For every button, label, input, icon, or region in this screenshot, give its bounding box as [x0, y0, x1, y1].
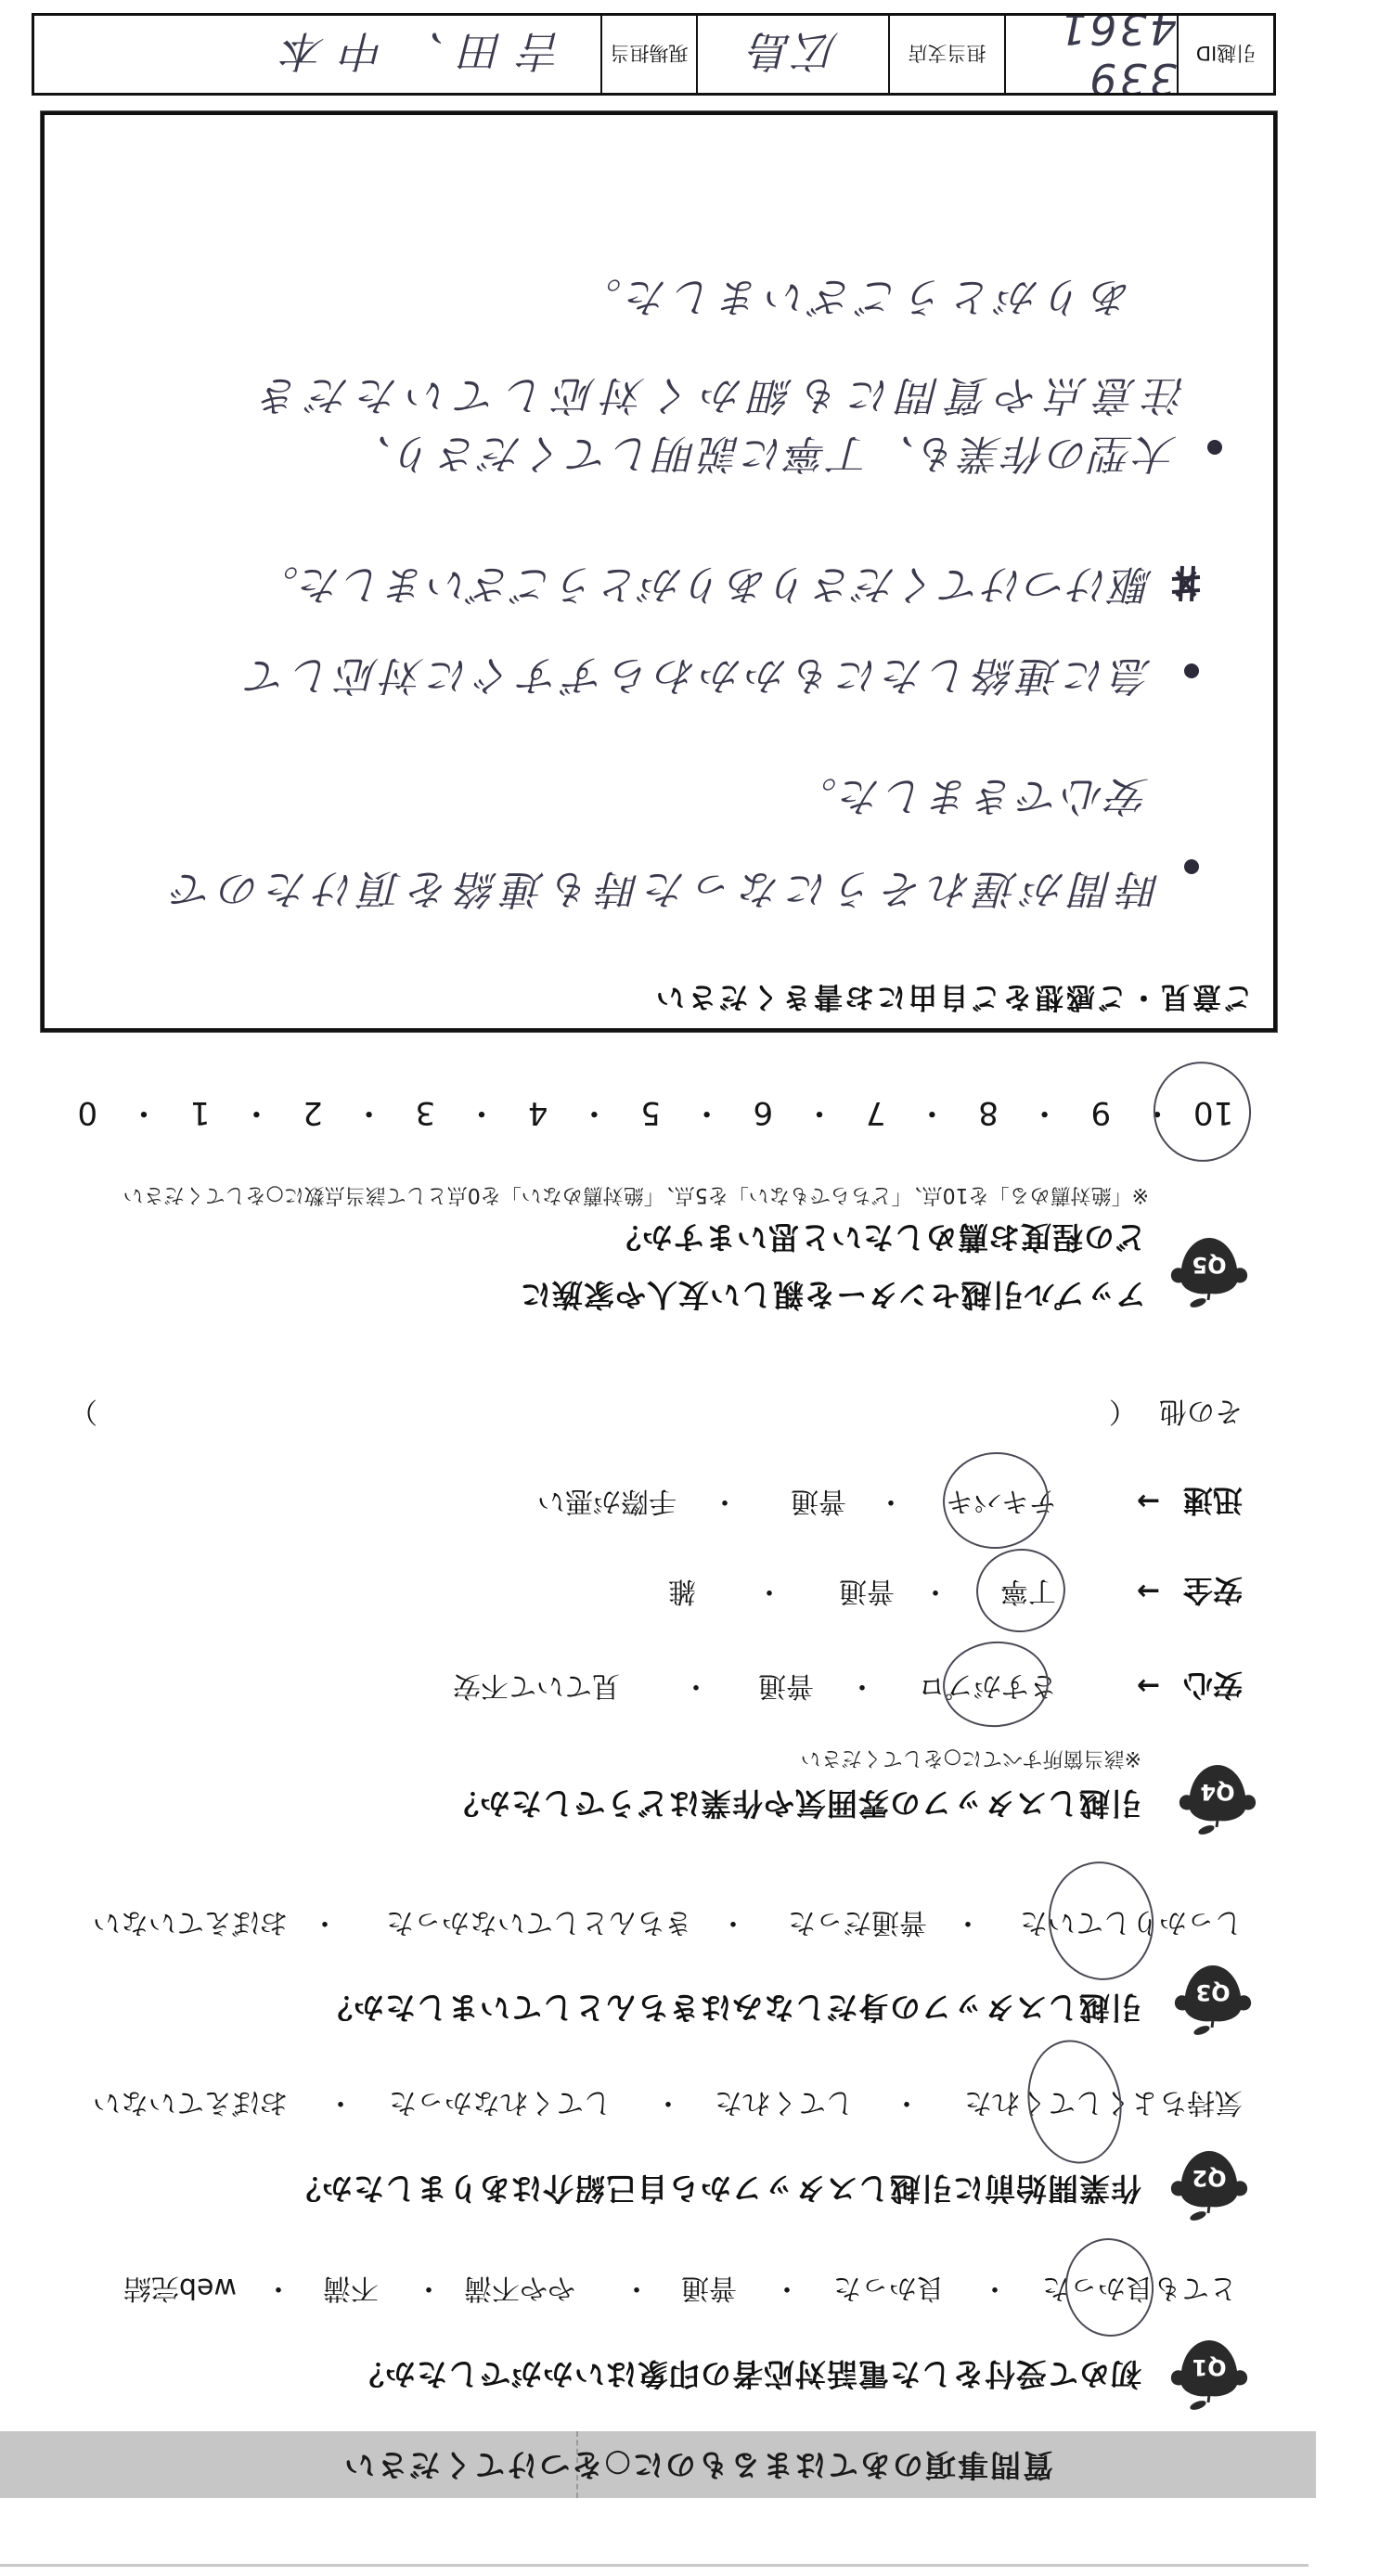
separator: ・	[773, 2271, 801, 2304]
move-id-label-cell: 引越ID	[1177, 16, 1273, 93]
q5-question-line2: どの程度お薦めしたいと思いますか？	[610, 1218, 1146, 1256]
svg-text:Q5: Q5	[1192, 1252, 1226, 1278]
rating-5: 5	[623, 1094, 679, 1131]
arrow-right-icon: →	[1137, 1574, 1160, 1607]
separator: ・	[311, 1905, 339, 1938]
q2-selection-circle	[1018, 2032, 1131, 2170]
rating-9: 9	[1073, 1094, 1129, 1131]
q1-option-good: 良かった	[833, 2271, 945, 2304]
bullet-icon	[1207, 440, 1222, 455]
q4-other-label: その他	[1159, 1394, 1243, 1427]
separator: ・	[904, 1094, 960, 1131]
separator: ・	[682, 1668, 710, 1702]
header-table: 引越ID 339 4361 担当支店 広島 現場担当 吉田、中本	[32, 13, 1276, 96]
branch-label-cell: 担当支店	[888, 16, 1004, 93]
q4-safety-option-rough: 雑	[668, 1574, 696, 1607]
q3-question: 引越しスタッフの身だしなみはきちんとしていましたか？	[321, 1989, 1141, 2026]
branch-cell: 広島	[696, 16, 888, 93]
q5-note: ※「絶対薦める」を10点、「どちらでもない」を5点、「絶対薦めない」を0点として…	[123, 1181, 1149, 1207]
separator: ・	[719, 1905, 747, 1938]
site-staff-label-cell: 現場担当	[600, 16, 696, 93]
q1-option-somewhat-dissatisfied: やや不満	[464, 2271, 575, 2304]
q5-selection-circle	[1144, 1052, 1260, 1170]
rating-1: 1	[172, 1094, 228, 1131]
handwritten-comment-line: 安心できました。	[793, 769, 1149, 821]
q1-selection-circle	[1061, 2234, 1159, 2340]
rating-8: 8	[960, 1094, 1017, 1131]
handwritten-comment-line: 注意点や質問にも細かく対応していただき	[251, 368, 1186, 420]
move-id-value: 339 4361	[1006, 16, 1177, 93]
rating-4: 4	[509, 1094, 566, 1131]
rating-6: 6	[735, 1094, 792, 1131]
crossed-out-mark-icon	[1169, 562, 1203, 605]
svg-text:Q3: Q3	[1195, 1979, 1230, 2005]
separator: ・	[116, 1094, 173, 1131]
q4-reassurance-option-worried: 見ていて不安	[453, 1668, 620, 1702]
apple-q2-icon: Q2	[1167, 2145, 1251, 2223]
q2-option-dont-remember: おぼえていない	[93, 2085, 288, 2119]
q4-row-label-speed: 迅速	[1183, 1484, 1243, 1517]
svg-text:Q1: Q1	[1192, 2354, 1226, 2380]
survey-sheet: 質問事項のあてはまるものに○をつけてください Q1 初めて受付をした電話対応者の…	[0, 0, 1392, 2576]
separator: ・	[848, 1668, 876, 1702]
handwritten-comment-line: 急に連絡したにもかかわらずすぐに対応して	[242, 649, 1152, 701]
rating-3: 3	[397, 1094, 454, 1131]
q5-rating-scale: 10 ・ 9 ・ 8 ・ 7 ・ 6 ・ 5 ・ 4 ・ 3 ・ 2 ・ 1 ・…	[59, 1094, 1242, 1131]
separator: ・	[954, 1905, 982, 1938]
separator: ・	[877, 1484, 905, 1517]
q4-speed-option-clumsy: 手際が悪い	[537, 1484, 677, 1517]
bullet-icon	[1184, 663, 1199, 678]
q4-row-label-reassurance: 安心	[1183, 1668, 1243, 1702]
q4-speed-option-normal: 普通	[791, 1484, 846, 1517]
separator: ・	[981, 2271, 1009, 2304]
apple-q3-icon: Q3	[1171, 1960, 1255, 2038]
q3-option-not-neat: きちんとしていなかった	[386, 1905, 692, 1938]
separator: ・	[711, 1484, 739, 1517]
handwritten-comment-line: ありがとうございました。	[575, 270, 1132, 322]
separator: ・	[922, 1574, 949, 1607]
separator: ・	[893, 2085, 921, 2119]
separator: ・	[623, 2271, 651, 2304]
rating-7: 7	[847, 1094, 904, 1131]
separator: ・	[341, 1094, 397, 1131]
apple-q4-icon: Q4	[1176, 1759, 1259, 1837]
separator: ・	[755, 1574, 783, 1607]
q4-other-open-paren: （	[1109, 1394, 1137, 1427]
branch-label: 担当支店	[909, 41, 986, 69]
separator: ・	[792, 1094, 848, 1131]
svg-text:Q4: Q4	[1200, 1779, 1234, 1805]
q4-speed-selection-circle	[938, 1447, 1053, 1553]
separator: ・	[327, 2085, 354, 2119]
q4-safety-selection-circle	[971, 1543, 1071, 1638]
site-staff-value: 吉田、中本	[266, 24, 563, 85]
q4-safety-option-normal: 普通	[839, 1574, 895, 1607]
separator: ・	[678, 1094, 735, 1131]
site-staff-label: 現場担当	[611, 41, 689, 69]
q5-question-line1: アップル引越センターを親しい友人や家族に	[520, 1276, 1146, 1313]
rating-2: 2	[285, 1094, 342, 1131]
q1-option-dissatisfied: 不満	[323, 2271, 379, 2304]
separator: ・	[415, 2271, 443, 2304]
site-staff-cell: 吉田、中本	[34, 16, 600, 93]
branch-value: 広島	[748, 24, 839, 85]
handwritten-comment-line: 時間が遅れそうになった時も連絡を頂けたので	[166, 862, 1160, 914]
q1-question: 初めて受付をした電話対応者の印象はいかがでしたか？	[353, 2355, 1141, 2392]
separator: ・	[654, 2085, 682, 2119]
arrow-right-icon: →	[1137, 1668, 1160, 1702]
q4-reassurance-selection-circle	[939, 1637, 1052, 1732]
handwritten-comment-line: 駆けつけてくださりありがとうございました。	[256, 558, 1153, 610]
q4-note: ※該当箇所すべてに○をしてください	[801, 1745, 1141, 1771]
q1-option-web: web完結	[123, 2271, 237, 2304]
rating-0: 0	[59, 1094, 116, 1131]
apple-q1-icon: Q1	[1167, 2335, 1251, 2413]
q1-option-normal: 普通	[681, 2271, 737, 2304]
apple-q5-icon: Q5	[1167, 1232, 1251, 1310]
instruction-banner: 質問事項のあてはまるものに○をつけてください	[0, 2431, 1316, 2498]
comment-heading: ご意見・ご感想をご自由にお書きください	[653, 979, 1253, 1014]
q3-option-normal: 普通だった	[788, 1905, 927, 1938]
separator: ・	[566, 1094, 623, 1131]
move-id-cell: 339 4361	[1004, 16, 1177, 93]
paper-edge	[0, 2564, 1308, 2567]
separator: ・	[264, 2271, 292, 2304]
q3-option-dont-remember: おぼえていない	[93, 1905, 288, 1938]
q4-other-close-paren: ）	[70, 1394, 97, 1427]
separator: ・	[228, 1094, 285, 1131]
q2-option-no: してくれなかった	[389, 2085, 612, 2119]
bullet-icon	[1184, 859, 1199, 874]
separator: ・	[454, 1094, 510, 1131]
q4-reassurance-option-normal: 普通	[758, 1668, 814, 1702]
handwritten-comment-line: 大型の作業も、丁寧に説明してくださり、	[348, 427, 1177, 479]
separator: ・	[1016, 1094, 1073, 1131]
q2-option-yes: してくれた	[715, 2085, 854, 2119]
move-id-label: 引越ID	[1196, 41, 1256, 69]
q3-selection-circle	[1041, 1855, 1162, 1987]
svg-text:Q2: Q2	[1192, 2165, 1226, 2191]
instruction-text: 質問事項のあてはまるものに○をつけてください	[342, 2431, 1053, 2498]
arrow-right-icon: →	[1137, 1484, 1160, 1517]
q4-question: 引越しスタッフの雰囲気や作業はどうでしたか？	[447, 1784, 1141, 1822]
q4-row-label-safety: 安全	[1183, 1574, 1243, 1607]
q2-question: 作業開始前に引越しスタッフから自己紹介はありましたか？	[290, 2170, 1141, 2207]
